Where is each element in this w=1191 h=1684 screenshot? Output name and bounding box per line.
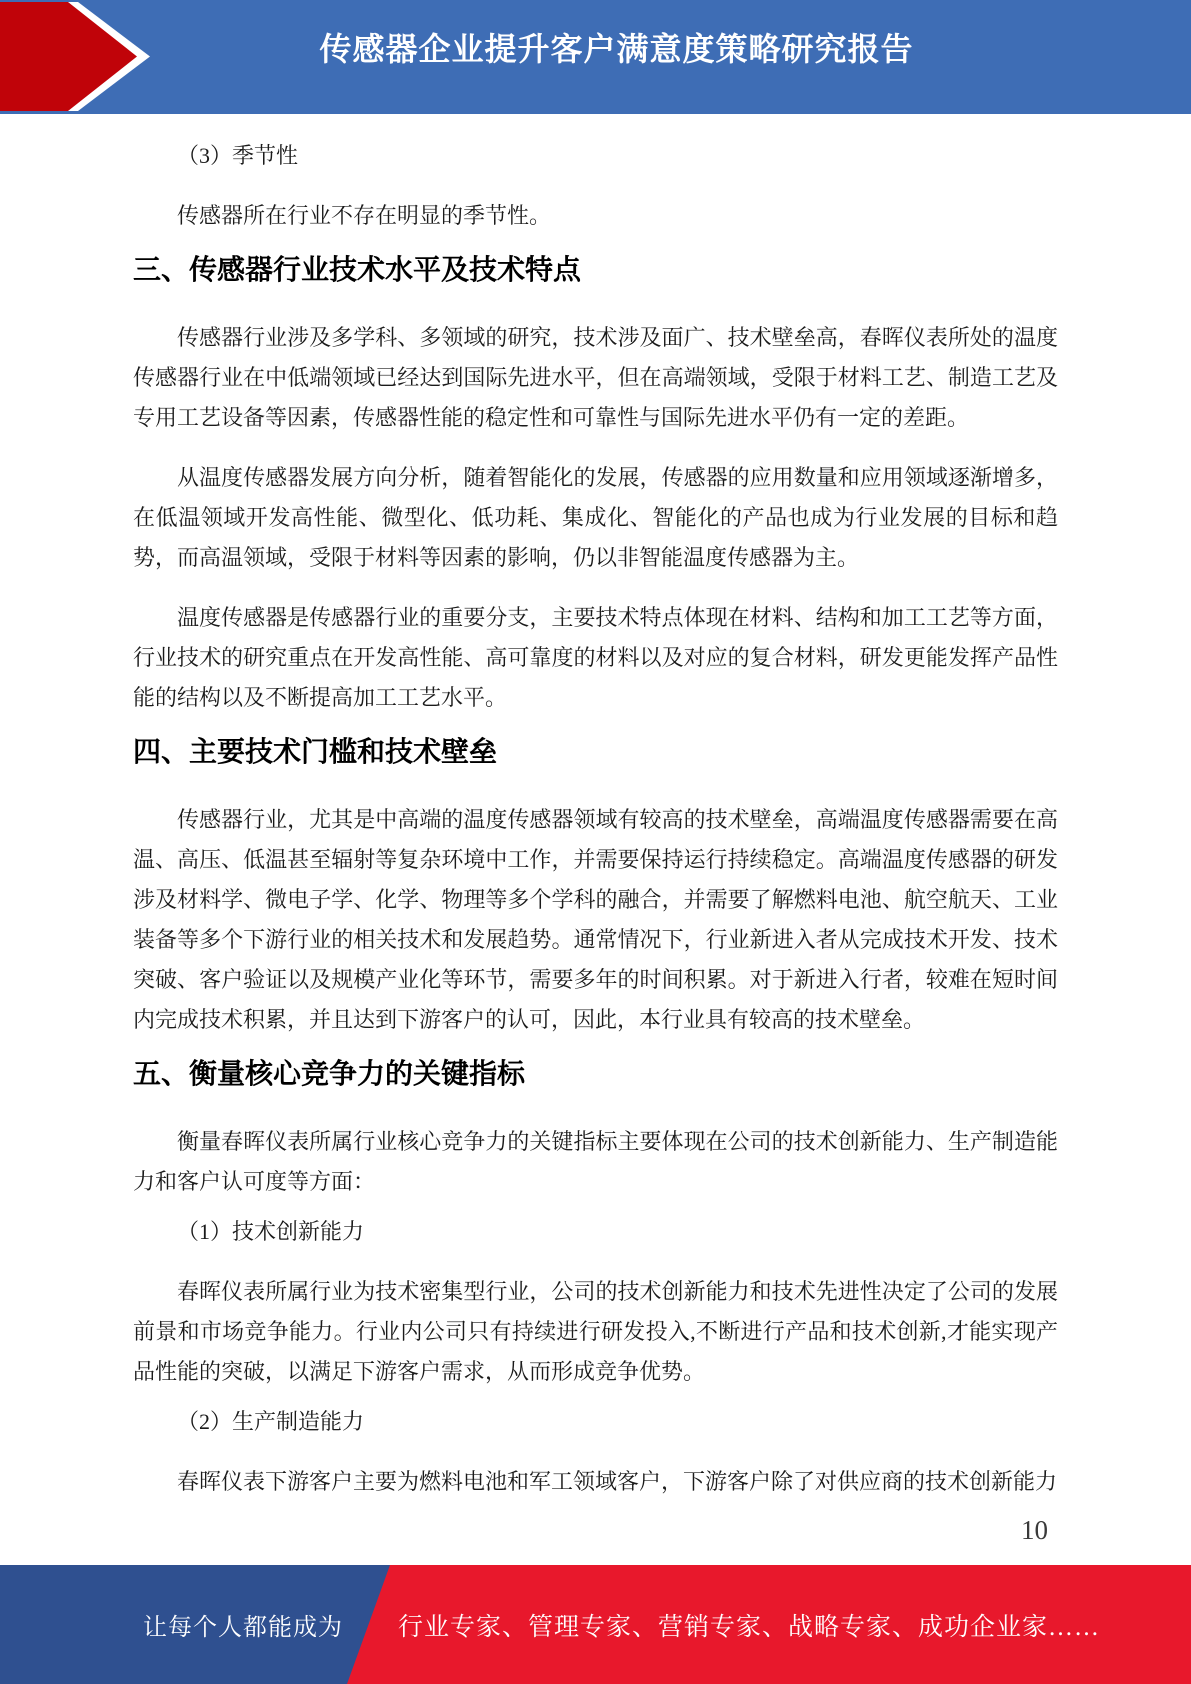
sub-item-seasonality-label: （3）季节性 bbox=[177, 136, 1058, 176]
section-5-item-1-paragraph: 春晖仪表所属行业为技术密集型行业，公司的技术创新能力和技术先进性决定了公司的发展… bbox=[133, 1272, 1058, 1392]
section-3-paragraph-2: 从温度传感器发展方向分析，随着智能化的发展，传感器的应用数量和应用领域逐渐增多，… bbox=[133, 458, 1058, 578]
document-body: （3）季节性 传感器所在行业不存在明显的季节性。 三、传感器行业技术水平及技术特… bbox=[133, 114, 1058, 1548]
footer-slogan-left: 让每个人都能成为 bbox=[143, 1565, 343, 1684]
page-number: 10 bbox=[133, 1512, 1058, 1548]
section-5-intro-paragraph: 衡量春晖仪表所属行业核心竞争力的关键指标主要体现在公司的技术创新能力、生产制造能… bbox=[133, 1122, 1058, 1202]
report-page: 传感器企业提升客户满意度策略研究报告 （3）季节性 传感器所在行业不存在明显的季… bbox=[0, 0, 1191, 1684]
section-4-paragraph-1: 传感器行业，尤其是中高端的温度传感器领域有较高的技术壁垒，高端温度传感器需要在高… bbox=[133, 800, 1058, 1040]
section-5-heading: 五、衡量核心竞争力的关键指标 bbox=[133, 1050, 1058, 1098]
section-3-paragraph-1: 传感器行业涉及多学科、多领域的研究，技术涉及面广、技术壁垒高，春晖仪表所处的温度… bbox=[133, 318, 1058, 438]
paragraph-seasonality: 传感器所在行业不存在明显的季节性。 bbox=[133, 196, 1058, 236]
section-3-paragraph-3: 温度传感器是传感器行业的重要分支，主要技术特点体现在材料、结构和加工工艺等方面，… bbox=[133, 598, 1058, 718]
footer-slogan-right: 行业专家、管理专家、营销专家、战略专家、成功企业家…… bbox=[398, 1565, 1100, 1684]
header-banner: 传感器企业提升客户满意度策略研究报告 bbox=[0, 0, 1191, 114]
footer-banner: 让每个人都能成为 行业专家、管理专家、营销专家、战略专家、成功企业家…… bbox=[0, 1565, 1191, 1684]
sub-item-1-label: （1）技术创新能力 bbox=[177, 1212, 1058, 1252]
sub-item-2-label: （2）生产制造能力 bbox=[177, 1402, 1058, 1442]
section-3-heading: 三、传感器行业技术水平及技术特点 bbox=[133, 246, 1058, 294]
section-5-item-2-paragraph: 春晖仪表下游客户主要为燃料电池和军工领域客户，下游客户除了对供应商的技术创新能力… bbox=[133, 1462, 1058, 1502]
report-title: 传感器企业提升客户满意度策略研究报告 bbox=[0, 0, 1191, 70]
section-4-heading: 四、主要技术门槛和技术壁垒 bbox=[133, 728, 1058, 776]
